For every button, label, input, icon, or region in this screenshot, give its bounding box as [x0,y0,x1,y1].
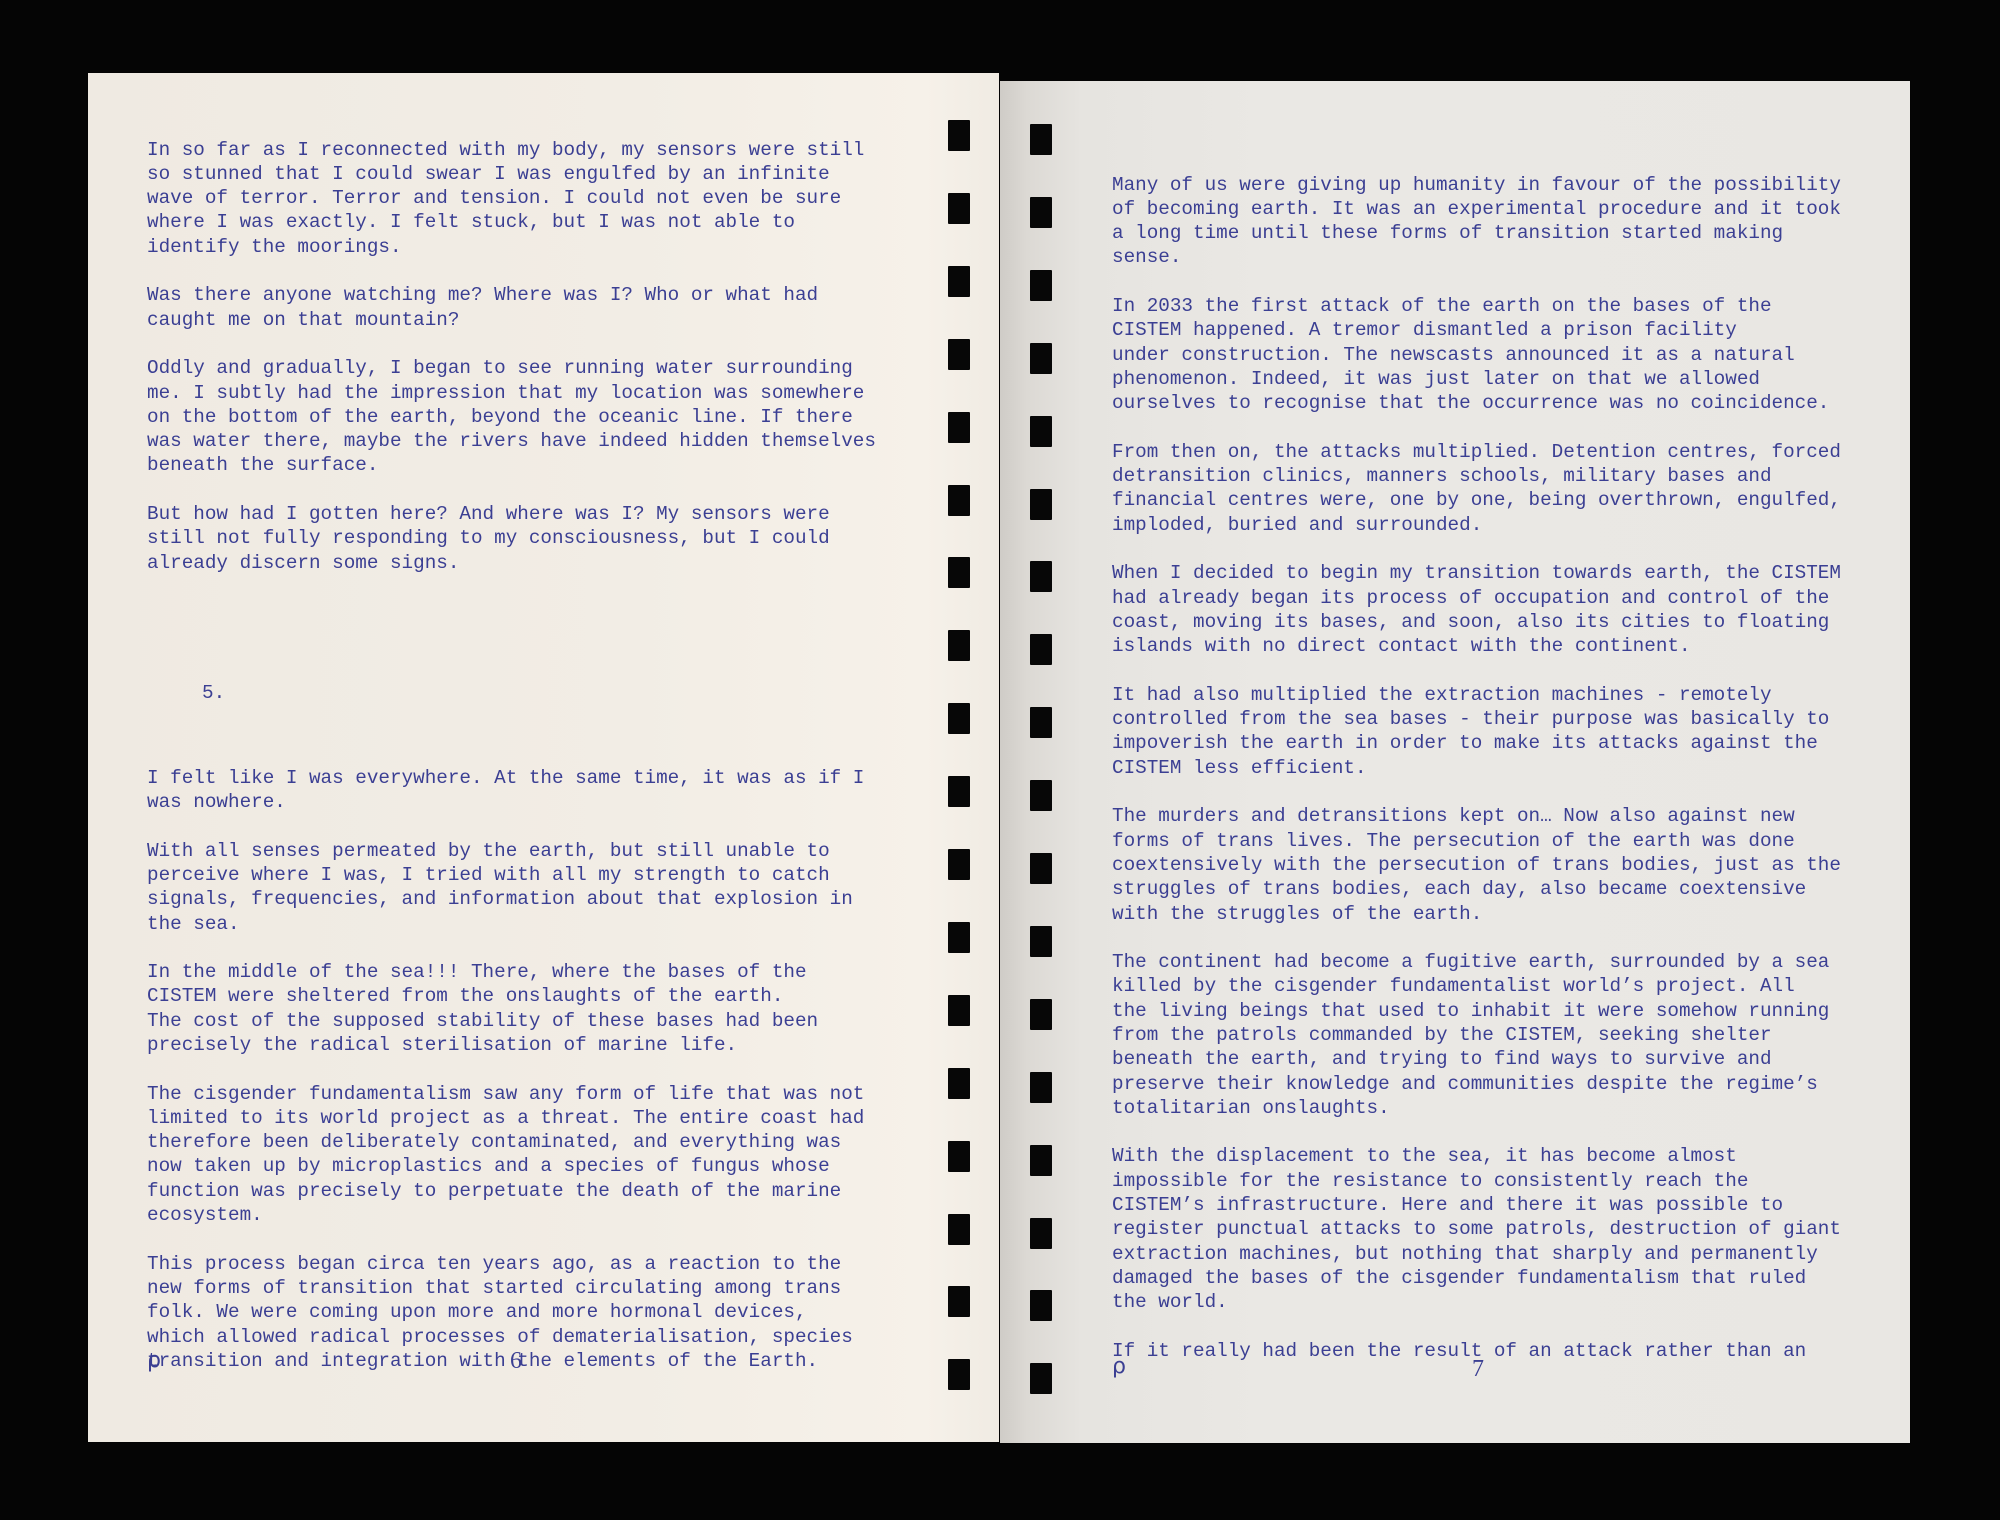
page-number: 7 [1472,1356,1484,1383]
paragraph: But how had I gotten here? And where was… [147,502,876,575]
text-line: The continent had become a fugitive eart… [1112,950,1841,974]
left-paragraphs: In so far as I reconnected with my body,… [147,138,876,575]
text-line: coast, moving its bases, and soon, also … [1112,610,1841,634]
text-line: coextensively with the persecution of tr… [1112,853,1841,877]
text-line: With all senses permeated by the earth, … [147,839,876,863]
text-line: When I decided to begin my transition to… [1112,561,1841,585]
paragraph: In so far as I reconnected with my body,… [147,138,876,259]
text-line: a long time until these forms of transit… [1112,221,1841,245]
text-line: under construction. The newscasts announ… [1112,343,1841,367]
text-line: function was precisely to perpetuate the… [147,1179,876,1203]
paragraph: The murders and detransitions kept on… N… [1112,804,1841,925]
text-line: CISTEM were sheltered from the onslaught… [147,984,876,1008]
paragraph: Many of us were giving up humanity in fa… [1112,173,1841,270]
text-line: Oddly and gradually, I began to see runn… [147,356,876,380]
text-line: extraction machines, but nothing that sh… [1112,1242,1841,1266]
text-line: perceive where I was, I tried with all m… [147,863,876,887]
text-line: still not fully responding to my conscio… [147,526,876,550]
text-line: CISTEM less efficient. [1112,756,1841,780]
right-page-body: Many of us were giving up humanity in fa… [1112,124,1841,1436]
paragraph: Oddly and gradually, I began to see runn… [147,356,876,477]
section-heading: 5. [147,681,876,705]
text-line: The cost of the supposed stability of th… [147,1009,876,1033]
text-line: the sea. [147,912,876,936]
text-line: now taken up by microplastics and a spec… [147,1154,876,1178]
right-paragraphs: Many of us were giving up humanity in fa… [1112,173,1841,1364]
text-line: The murders and detransitions kept on… N… [1112,804,1841,828]
text-line: was water there, maybe the rivers have i… [147,429,876,453]
left-paragraphs-after-heading: I felt like I was everywhere. At the sam… [147,766,876,1373]
page-number: 6 [510,1348,522,1375]
text-line: The cisgender fundamentalism saw any for… [147,1082,876,1106]
text-line: therefore been deliberately contaminated… [147,1130,876,1154]
text-line: from the patrols commanded by the CISTEM… [1112,1023,1841,1047]
paragraph: The continent had become a fugitive eart… [1112,950,1841,1120]
text-line: preserve their knowledge and communities… [1112,1072,1841,1096]
text-line: of becoming earth. It was an experimenta… [1112,197,1841,221]
text-line: totalitarian onslaughts. [1112,1096,1841,1120]
text-line: From then on, the attacks multiplied. De… [1112,440,1841,464]
text-line: controlled from the sea bases - their pu… [1112,707,1841,731]
paragraph: In 2033 the first attack of the earth on… [1112,294,1841,415]
text-line: In 2033 the first attack of the earth on… [1112,294,1841,318]
text-line: where I was exactly. I felt stuck, but I… [147,210,876,234]
paragraph: From then on, the attacks multiplied. De… [1112,440,1841,537]
paragraph: It had also multiplied the extraction ma… [1112,683,1841,780]
text-line: detransition clinics, manners schools, m… [1112,464,1841,488]
text-line: folk. We were coming upon more and more … [147,1300,876,1324]
text-line: But how had I gotten here? And where was… [147,502,876,526]
text-line: beneath the earth, and trying to find wa… [1112,1047,1841,1071]
text-line: ourselves to recognise that the occurren… [1112,391,1841,415]
text-line: which allowed radical processes of demat… [147,1325,876,1349]
paragraph: When I decided to begin my transition to… [1112,561,1841,658]
text-line: limited to its world project as a threat… [147,1106,876,1130]
text-line: imploded, buried and surrounded. [1112,513,1841,537]
text-line: already discern some signs. [147,551,876,575]
text-line: impoverish the earth in order to make it… [1112,731,1841,755]
text-line: with the struggles of the earth. [1112,902,1841,926]
text-line: forms of trans lives. The persecution of… [1112,829,1841,853]
paragraph: With the displacement to the sea, it has… [1112,1144,1841,1314]
text-line: impossible for the resistance to consist… [1112,1169,1841,1193]
paragraph: Was there anyone watching me? Where was … [147,283,876,332]
text-line: In the middle of the sea!!! There, where… [147,960,876,984]
paragraph: The cisgender fundamentalism saw any for… [147,1082,876,1228]
text-line: Was there anyone watching me? Where was … [147,283,876,307]
paragraph: I felt like I was everywhere. At the sam… [147,766,876,815]
text-line: I felt like I was everywhere. At the sam… [147,766,876,790]
paragraph: With all senses permeated by the earth, … [147,839,876,936]
text-line: financial centres were, one by one, bein… [1112,488,1841,512]
text-line: sense. [1112,245,1841,269]
text-line: had already began its process of occupat… [1112,586,1841,610]
text-line: signals, frequencies, and information ab… [147,887,876,911]
text-line: wave of terror. Terror and tension. I co… [147,186,876,210]
text-line: caught me on that mountain? [147,308,876,332]
text-line: register punctual attacks to some patrol… [1112,1217,1841,1241]
text-line: so stunned that I could swear I was engu… [147,162,876,186]
right-page: Many of us were giving up humanity in fa… [1000,81,1910,1443]
text-line: on the bottom of the earth, beyond the o… [147,405,876,429]
text-line: islands with no direct contact with the … [1112,634,1841,658]
text-line: identify the moorings. [147,235,876,259]
text-line: struggles of trans bodies, each day, als… [1112,877,1841,901]
text-line: new forms of transition that started cir… [147,1276,876,1300]
footer-mark: ρ [147,1348,161,1373]
left-page-body: In so far as I reconnected with my body,… [147,89,876,1446]
text-line: killed by the cisgender fundamentalist w… [1112,974,1841,998]
text-line: the world. [1112,1290,1841,1314]
text-line: beneath the surface. [147,453,876,477]
left-page: In so far as I reconnected with my body,… [88,73,999,1442]
text-line: CISTEM’s infrastructure. Here and there … [1112,1193,1841,1217]
text-line: With the displacement to the sea, it has… [1112,1144,1841,1168]
text-line: Many of us were giving up humanity in fa… [1112,173,1841,197]
text-line: phenomenon. Indeed, it was just later on… [1112,367,1841,391]
text-line: me. I subtly had the impression that my … [147,381,876,405]
paragraph: In the middle of the sea!!! There, where… [147,960,876,1057]
text-line: damaged the bases of the cisgender funda… [1112,1266,1841,1290]
text-line: This process began circa ten years ago, … [147,1252,876,1276]
text-line: In so far as I reconnected with my body,… [147,138,876,162]
text-line: It had also multiplied the extraction ma… [1112,683,1841,707]
text-line: was nowhere. [147,790,876,814]
text-line: precisely the radical sterilisation of m… [147,1033,876,1057]
text-line: ecosystem. [147,1203,876,1227]
text-line: the living beings that used to inhabit i… [1112,999,1841,1023]
text-line: CISTEM happened. A tremor dismantled a p… [1112,318,1841,342]
footer-mark: ρ [1112,1354,1126,1379]
